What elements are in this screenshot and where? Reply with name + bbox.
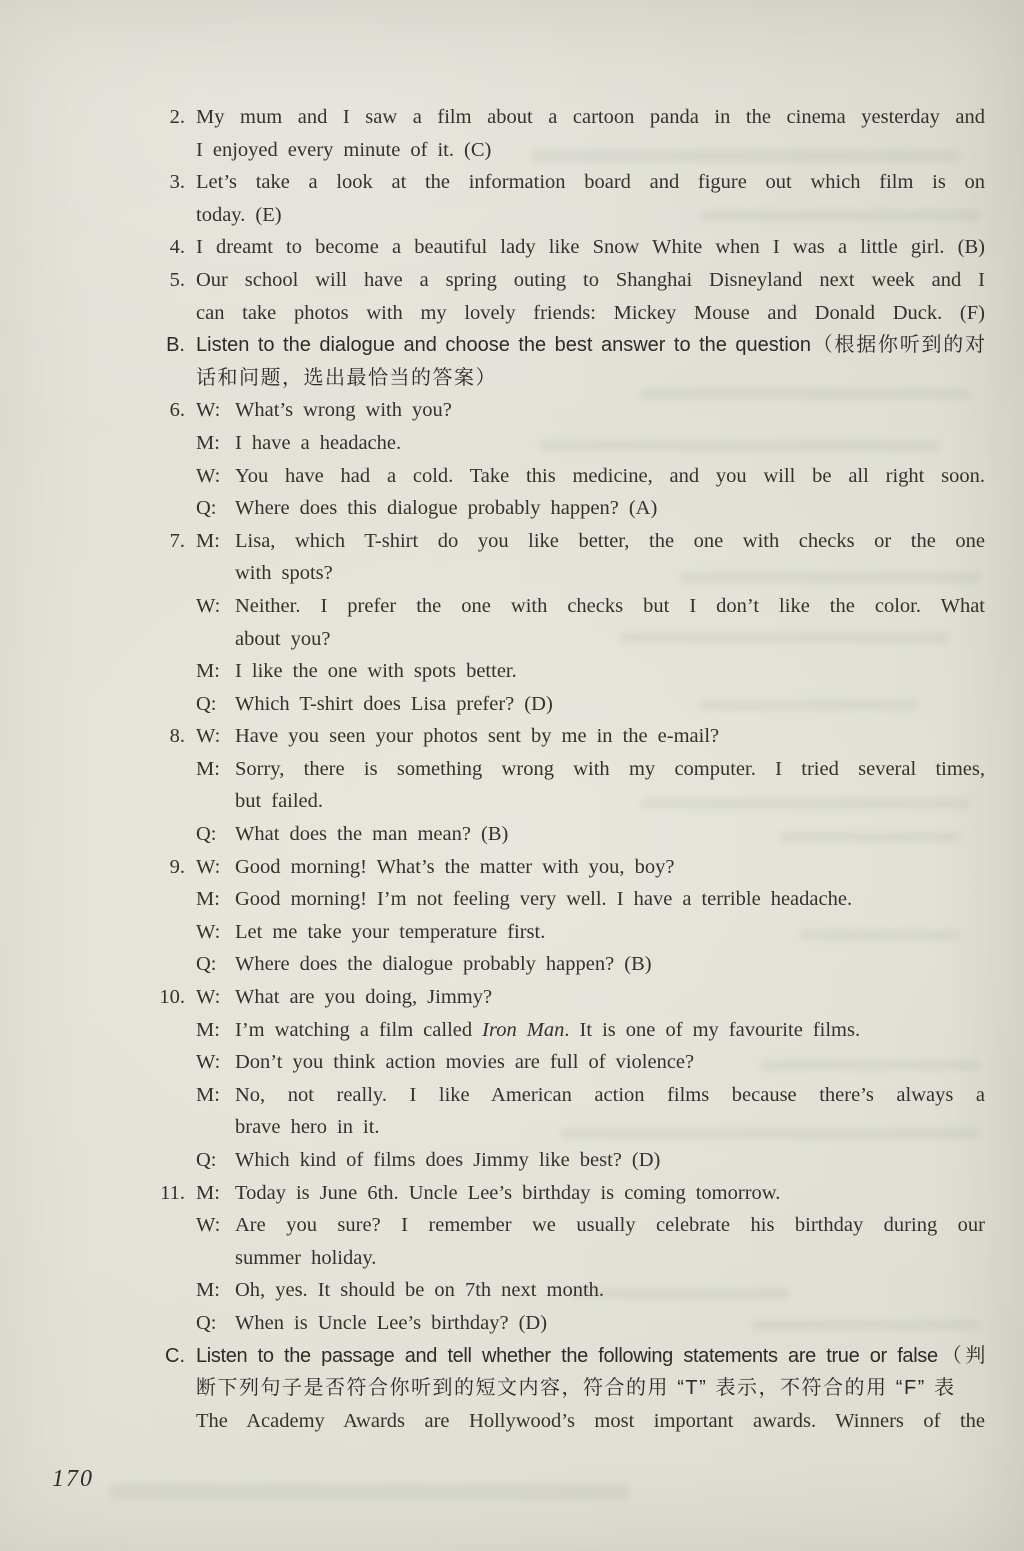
speaker-label: M: [196,1014,235,1047]
dialogue-line: Q: Which T-shirt does Lisa prefer? (D) [0,688,1024,721]
text-line: What’s wrong with you? [235,394,985,427]
text-line: Where does this dialogue probably happen… [235,492,985,525]
item-number: 10. [0,981,196,1014]
speaker-label: M: [196,525,235,558]
item-number: 7. [0,525,196,558]
text-line: I have a headache. [235,427,985,460]
text-line: Have you seen your photos sent by me in … [235,720,985,753]
speaker-label: W: [196,394,235,427]
text-line: summer holiday. [235,1242,985,1275]
speaker-label: W: [196,590,235,623]
dialogue-line: summer holiday. [0,1242,1024,1275]
dialogue-line: Q: Where does this dialogue probably hap… [0,492,1024,525]
dialogue-line: 8. W: Have you seen your photos sent by … [0,720,1024,753]
speaker-label: W: [196,916,235,949]
dialogue-line: brave hero in it. [0,1111,1024,1144]
speaker-label: W: [196,1046,235,1079]
item-number: 4. [0,231,196,264]
speaker-label: M: [196,753,235,786]
dialogue-line: Q: Which kind of films does Jimmy like b… [0,1144,1024,1177]
dialogue-line: 10. W: What are you doing, Jimmy? [0,981,1024,1014]
text-line: No, not really. I like American action f… [235,1079,985,1112]
dialogue-line: W: Let me take your temperature first. [0,916,1024,949]
text-segment: . It is one of my favourite films. [564,1019,860,1041]
dialogue-line: 11. M: Today is June 6th. Uncle Lee’s bi… [0,1177,1024,1210]
item-number: 2. [0,101,196,134]
speaker-label: Q: [196,492,235,525]
text-line: brave hero in it. [235,1111,985,1144]
list-item: 4. I dreamt to become a beautiful lady l… [0,231,1024,264]
text-line: My mum and I saw a film about a cartoon … [196,101,985,134]
speaker-label: W: [196,851,235,884]
text-segment: I’m watching a film called [235,1019,482,1041]
dialogue-line: M: No, not really. I like American actio… [0,1079,1024,1112]
dialogue-line: about you? [0,623,1024,656]
dialogue-line: W: Are you sure? I remember we usually c… [0,1209,1024,1242]
text-line: You have had a cold. Take this medicine,… [235,460,985,493]
speaker-label: Q: [196,688,235,721]
text-line: Which kind of films does Jimmy like best… [235,1144,985,1177]
text-line: I’m watching a film called Iron Man. It … [235,1014,985,1047]
text-line: Lisa, which T-shirt do you like better, … [235,525,985,558]
dialogue-line: Q: What does the man mean? (B) [0,818,1024,851]
bleed-through-smudge [110,1484,630,1500]
item-number: 8. [0,720,196,753]
dialogue-line: M: Good morning! I’m not feeling very we… [0,883,1024,916]
dialogue-line: Q: Where does the dialogue probably happ… [0,948,1024,981]
dialogue-line: W: You have had a cold. Take this medici… [0,460,1024,493]
text-line: can take photos with my lovely friends: … [196,297,985,330]
text-line: The Academy Awards are Hollywood’s most … [196,1405,985,1438]
text-line: When is Uncle Lee’s birthday? (D) [235,1307,985,1340]
dialogue-line: M: I have a headache. [0,427,1024,460]
text-line: What does the man mean? (B) [235,818,985,851]
text-line: Where does the dialogue probably happen?… [235,948,985,981]
dialogue-line: W: Neither. I prefer the one with checks… [0,590,1024,623]
speaker-label: M: [196,1079,235,1112]
text-line: Neither. I prefer the one with checks bu… [235,590,985,623]
dialogue-line: with spots? [0,557,1024,590]
text-line: Sorry, there is something wrong with my … [235,753,985,786]
speaker-label: Q: [196,948,235,981]
item-number: 5. [0,264,196,297]
speaker-label: Q: [196,818,235,851]
text-line: but failed. [235,785,985,818]
speaker-label: M: [196,427,235,460]
text-line: Are you sure? I remember we usually cele… [235,1209,985,1242]
dialogue-line: W: Don’t you think action movies are ful… [0,1046,1024,1079]
dialogue-line: 6. W: What’s wrong with you? [0,394,1024,427]
text-line: Good morning! What’s the matter with you… [235,851,985,884]
text-line: Good morning! I’m not feeling very well.… [235,883,985,916]
section-b-heading: B. Listen to the dialogue and choose the… [0,329,1024,394]
section-label: C. [0,1340,196,1373]
dialogue-line: M: I like the one with spots better. [0,655,1024,688]
film-title: Iron Man [482,1019,564,1041]
text-line: Let me take your temperature first. [235,916,985,949]
dialogue-line: 9. W: Good morning! What’s the matter wi… [0,851,1024,884]
text-line: I enjoyed every minute of it. (C) [196,134,985,167]
speaker-label: Q: [196,1307,235,1340]
text-line: Don’t you think action movies are full o… [235,1046,985,1079]
book-page: 2. My mum and I saw a film about a carto… [0,0,1024,1551]
text-line: Today is June 6th. Uncle Lee’s birthday … [235,1177,985,1210]
text-line: I like the one with spots better. [235,655,985,688]
passage: The Academy Awards are Hollywood’s most … [0,1405,1024,1438]
heading-line: 话和问题，选出最恰当的答案） [196,362,985,395]
heading-line: Listen to the passage and tell whether t… [196,1340,985,1373]
dialogue-line: 7. M: Lisa, which T-shirt do you like be… [0,525,1024,558]
section-label: B. [0,329,196,362]
speaker-label: M: [196,1177,235,1210]
text-line: Let’s take a look at the information boa… [196,166,985,199]
text-line: today. (E) [196,199,985,232]
text-line: Oh, yes. It should be on 7th next month. [235,1274,985,1307]
speaker-label: W: [196,981,235,1014]
speaker-label: M: [196,883,235,916]
dialogue-line: Q: When is Uncle Lee’s birthday? (D) [0,1307,1024,1340]
text-line: What are you doing, Jimmy? [235,981,985,1014]
item-number: 3. [0,166,196,199]
text-line: Our school will have a spring outing to … [196,264,985,297]
page-content: 2. My mum and I saw a film about a carto… [0,101,1024,1438]
dialogue-line: but failed. [0,785,1024,818]
speaker-label: W: [196,460,235,493]
dialogue-line: M: Sorry, there is something wrong with … [0,753,1024,786]
page-number: 170 [52,1466,94,1493]
text-line: with spots? [235,557,985,590]
speaker-label: W: [196,720,235,753]
list-item: 2. My mum and I saw a film about a carto… [0,101,1024,166]
item-number: 11. [0,1177,196,1210]
dialogue-line: M: I’m watching a film called Iron Man. … [0,1014,1024,1047]
item-number: 6. [0,394,196,427]
item-number: 9. [0,851,196,884]
list-item: 5. Our school will have a spring outing … [0,264,1024,329]
heading-line: Listen to the dialogue and choose the be… [196,329,985,362]
dialogue-line: M: Oh, yes. It should be on 7th next mon… [0,1274,1024,1307]
text-line: about you? [235,623,985,656]
text-line: Which T-shirt does Lisa prefer? (D) [235,688,985,721]
heading-line: 断下列句子是否符合你听到的短文内容，符合的用 “T” 表示，不符合的用 “F” … [196,1372,985,1405]
section-c-heading: C. Listen to the passage and tell whethe… [0,1340,1024,1406]
speaker-label: Q: [196,1144,235,1177]
speaker-label: W: [196,1209,235,1242]
list-item: 3. Let’s take a look at the information … [0,166,1024,231]
speaker-label: M: [196,1274,235,1307]
text-line: I dreamt to become a beautiful lady like… [196,231,985,264]
speaker-label: M: [196,655,235,688]
